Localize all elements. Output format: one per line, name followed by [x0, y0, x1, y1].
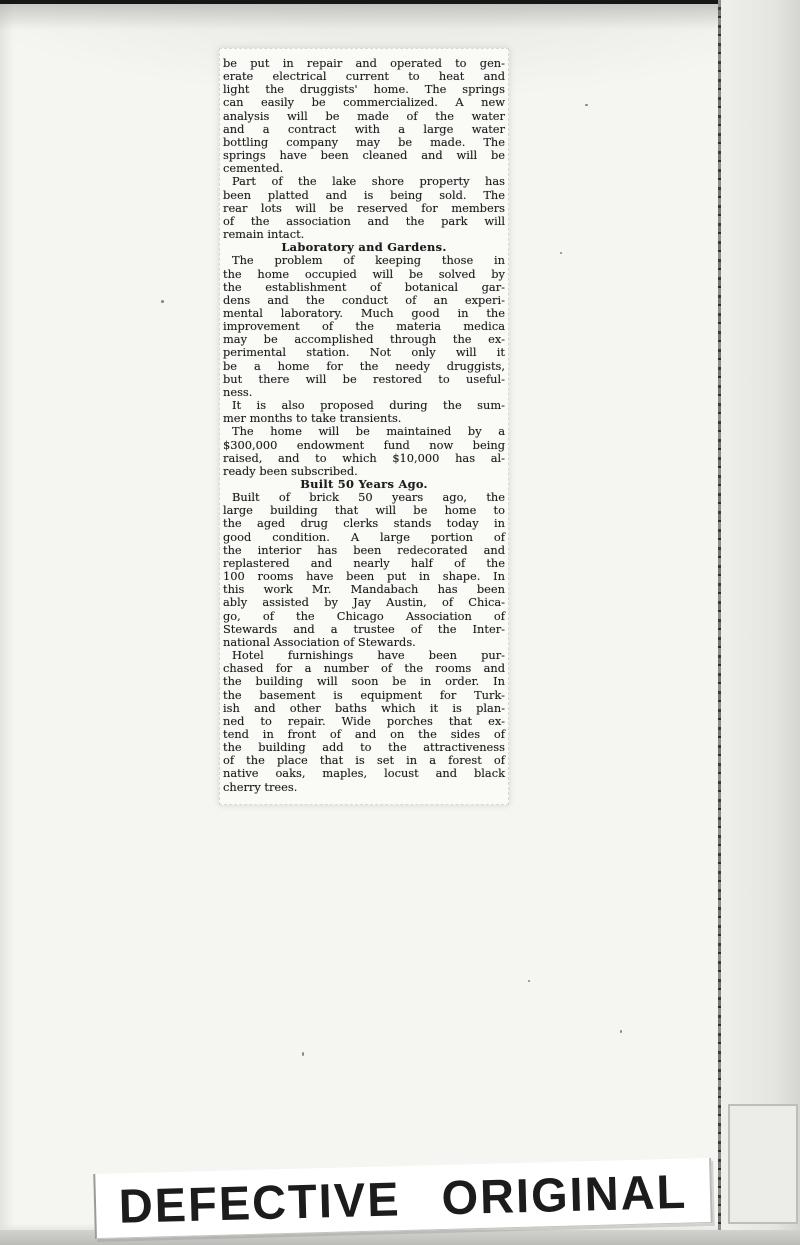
- text-line: the establishment of botanical gar-: [223, 281, 505, 294]
- text-line: perimental station. Not only will it: [223, 346, 505, 359]
- page-right-margin: [721, 0, 800, 1245]
- text-line: ish and other baths which it is plan-: [223, 702, 505, 715]
- text-line: been platted and is being sold. The: [223, 189, 505, 202]
- text-line: The home will be maintained by a: [223, 425, 505, 438]
- text-line: ned to repair. Wide porches that ex-: [223, 715, 505, 728]
- newspaper-clipping: be put in repair and operated to gen-era…: [219, 48, 509, 805]
- text-line: but there will be restored to useful-: [223, 373, 505, 386]
- text-line: the basement is equipment for Turk-: [223, 689, 505, 702]
- text-line: dens and the conduct of an experi-: [223, 294, 505, 307]
- defective-original-stamp: DEFECTIVE ORIGINAL: [93, 1158, 712, 1239]
- stamp-label: DEFECTIVE ORIGINAL: [118, 1163, 688, 1234]
- text-line: and a contract with a large water: [223, 123, 505, 136]
- text-line: go, of the Chicago Association of: [223, 610, 505, 623]
- ink-speck: [161, 300, 164, 303]
- text-line: the aged drug clerks stands today in: [223, 517, 505, 530]
- ink-speck: [585, 104, 588, 106]
- text-line: cherry trees.: [223, 781, 505, 794]
- scanned-page: be put in repair and operated to gen-era…: [0, 0, 800, 1245]
- scan-top-shadow: [0, 4, 800, 30]
- text-line: $300,000 endowment fund now being: [223, 439, 505, 452]
- page-corner-shading: [728, 1104, 798, 1224]
- text-line: native oaks, maples, locust and black: [223, 767, 505, 780]
- text-line: can easily be commercialized. A new: [223, 96, 505, 109]
- text-line: Part of the lake shore property has: [223, 175, 505, 188]
- page-fold-line: [718, 0, 721, 1245]
- text-line: good condition. A large portion of: [223, 531, 505, 544]
- text-line: ably assisted by Jay Austin, of Chica-: [223, 596, 505, 609]
- clipping-text: be put in repair and operated to gen-era…: [223, 57, 505, 794]
- text-line: analysis will be made of the water: [223, 110, 505, 123]
- ink-speck: [560, 252, 562, 254]
- ink-speck: [528, 980, 530, 982]
- ink-speck: [620, 1030, 622, 1033]
- ink-speck: [302, 1052, 304, 1056]
- text-line: the home occupied will be solved by: [223, 268, 505, 281]
- text-line: be a home for the needy druggists,: [223, 360, 505, 373]
- text-line: Stewards and a trustee of the Inter-: [223, 623, 505, 636]
- text-line: raised, and to which $10,000 has al-: [223, 452, 505, 465]
- text-line: rear lots will be reserved for members: [223, 202, 505, 215]
- text-line: the building will soon be in order. In: [223, 675, 505, 688]
- text-line: the interior has been redecorated and: [223, 544, 505, 557]
- text-line: The problem of keeping those in: [223, 254, 505, 267]
